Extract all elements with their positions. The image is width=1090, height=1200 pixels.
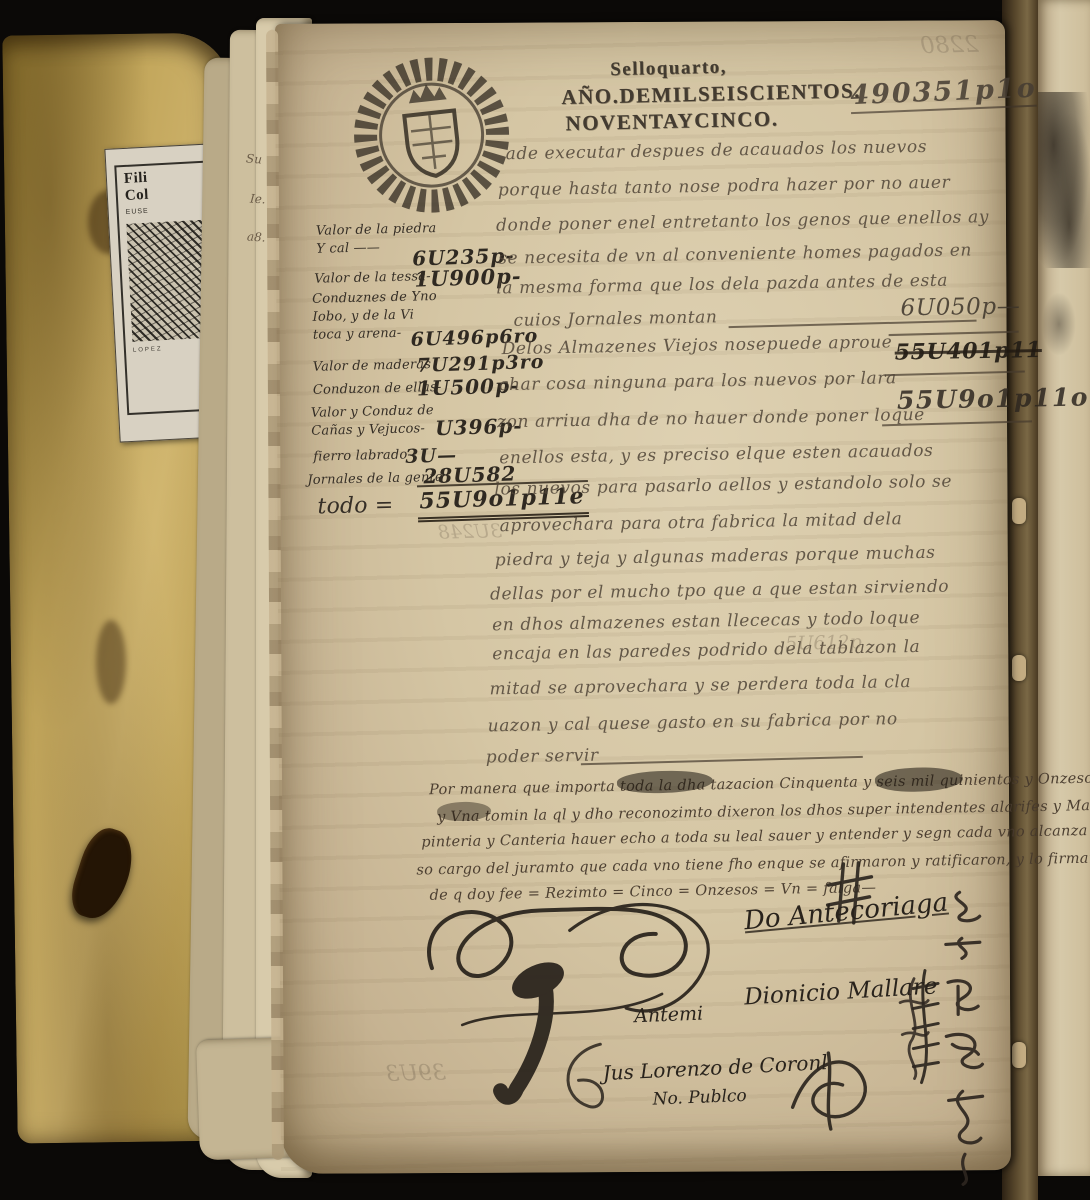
body-line: se necesita de vn al conveniente homes p…: [498, 242, 972, 267]
body-line: Delos Almazenes Viejos nosepuede aproue: [502, 334, 893, 358]
chinese-signature: [932, 886, 998, 1188]
body-line: uazon y cal quese gasto en su fabrica po…: [488, 711, 898, 735]
partial-ink-mark: [1042, 292, 1076, 356]
margin-total-label: todo =: [317, 491, 394, 524]
body-line: mitad se aprovechara y se perdera toda l…: [489, 674, 911, 698]
vellum-stain: [96, 620, 126, 704]
next-page-edge: [1036, 0, 1090, 1176]
partial-seal-stamp: [1038, 92, 1090, 268]
ink-blot-correction: [875, 766, 964, 794]
signature-antemi: Antemi: [634, 1002, 704, 1027]
bleedthrough-number: 5U612p: [785, 631, 862, 655]
binding-stitch: [1012, 655, 1026, 681]
body-line: porque hasta tanto nose podra hazer por …: [498, 175, 951, 200]
body-line: donde poner enel entretanto los genos qu…: [496, 209, 989, 235]
bleedthrough-number: 3U248: [437, 520, 502, 543]
chinese-signature-secondary: [896, 972, 933, 1084]
bleedthrough-number: 39U3: [385, 1061, 446, 1087]
figure-corrected: 55U9o1p11o: [897, 384, 1089, 412]
body-line: piedra y teja y algunas maderas porque m…: [495, 545, 936, 570]
ledger-rule: [729, 320, 977, 328]
body-line: zon arriua dha de no hauer donde poner l…: [497, 407, 925, 431]
body-line: cuios Jornales montan: [513, 309, 717, 330]
signature-paraph-icon: [823, 859, 875, 931]
figure-crossed-out: 55U401p11: [895, 339, 1042, 364]
signature-notary-title: No. Publco: [652, 1086, 747, 1110]
underpage-mark: Su: [246, 151, 263, 166]
manuscript-page: Selloquarto, AÑO.DEMILSEISCIENTOS. NOVEN…: [275, 20, 1011, 1174]
underpage-mark: Ie.: [250, 191, 267, 206]
archive-photo: { "archive": { "bookplate": { "line1": "…: [0, 0, 1090, 1200]
body-line: ade executar despues de acauados los nue…: [506, 139, 928, 163]
figure-jornales: 6U050p—: [900, 295, 1020, 320]
notary-rubric-icon: [780, 1043, 876, 1136]
bleedthrough-number: 2280: [920, 32, 979, 59]
body-line: enellos esta, y es preciso elque esten a…: [499, 443, 933, 468]
ledger-rule: [889, 331, 1019, 336]
margin-item-label: Valor y Conduz de Cañas y Vejucos-: [311, 402, 435, 441]
body-line: char cosa ninguna para los nuevos por la…: [499, 370, 897, 394]
body-line: la mesma forma que los dela pazda antes …: [496, 273, 948, 298]
ledger-rule: [885, 371, 1025, 377]
tax-stamp-line3: NOVENTAYCINCO.: [565, 106, 778, 136]
margin-item-label: Valor de maderas: [313, 356, 432, 377]
page-content: Selloquarto, AÑO.DEMILSEISCIENTOS. NOVEN…: [275, 20, 1011, 1174]
tax-stamp-line2: AÑO.DEMILSEISCIENTOS.: [561, 78, 861, 110]
body-line: dellas por el mucho tpo que a que estan …: [490, 579, 949, 604]
closing-line: Por manera que importa toda la dha tazac…: [429, 771, 1090, 797]
closing-line: y Vna tomin la ql y dho reconozimto dixe…: [437, 798, 1090, 825]
body-line: aprovechara para otra fabrica la mitad d…: [499, 511, 902, 535]
closing-line: pinteria y Canteria hauer echo a toda su…: [421, 823, 1090, 850]
underpage-mark: a8.: [247, 229, 267, 244]
ledger-rule: [581, 756, 863, 765]
binding-stitch: [1012, 1042, 1026, 1068]
tax-stamp-line1: Selloquarto,: [610, 57, 727, 82]
body-line: los nuevos para pasarlo aellos y estando…: [494, 474, 952, 499]
binding-stitch: [1012, 498, 1026, 524]
margin-item-label: fierro labrado-: [313, 446, 412, 466]
